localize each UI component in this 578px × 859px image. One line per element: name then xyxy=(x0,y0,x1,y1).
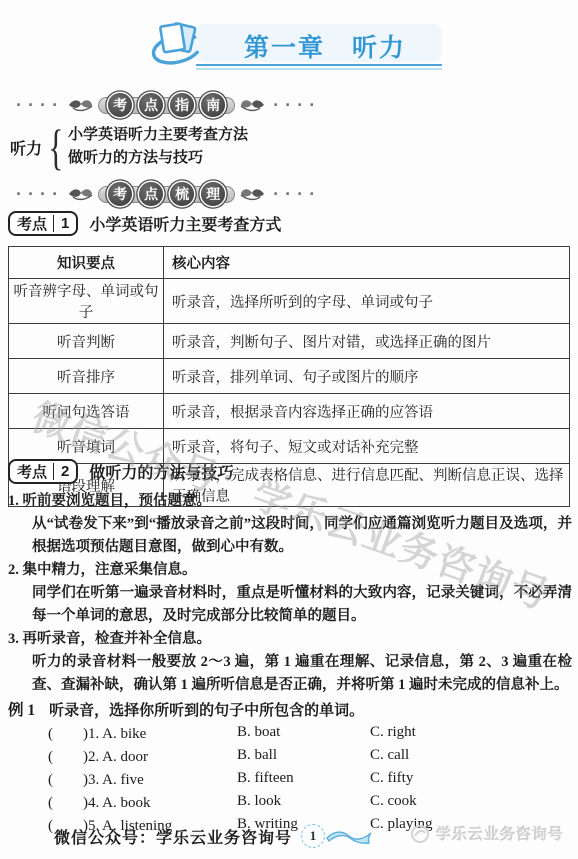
banner-char: 点 xyxy=(139,93,163,117)
banner-exam-review: ···· 考 点 梳 理 ···· xyxy=(14,179,319,209)
flourish-icon xyxy=(67,185,93,203)
tip-body: 同学们在听第一遍录音材料时，重点是听懂材料的大致内容，记录关键词，不必弄清每一个… xyxy=(32,582,572,628)
choice-row: ( )3. A. five B. fifteen C. fifty xyxy=(48,767,564,790)
header-underline xyxy=(196,64,442,70)
choice-b: B. boat xyxy=(237,724,370,741)
choice-a: ( )1. A. bike xyxy=(48,722,237,743)
chapter-title: 第一章 听力 xyxy=(244,28,406,64)
choice-b: B. ball xyxy=(237,747,370,764)
choice-c: C. fifty xyxy=(370,770,564,787)
exam-point-title: 做听力的方法与技巧 xyxy=(89,460,233,483)
flourish-icon xyxy=(240,185,266,203)
flourish-icon xyxy=(240,96,266,114)
dots-left: ···· xyxy=(14,185,62,203)
choice-row: ( )2. A. door B. ball C. call xyxy=(48,744,564,767)
banner-char: 梳 xyxy=(170,182,194,206)
page-number-badge: 1 xyxy=(301,824,325,848)
badge-label: 考点 xyxy=(17,461,47,482)
footer-right-text: 学乐云业务咨询号 xyxy=(436,823,564,844)
choice-row: ( )1. A. bike B. boat C. right xyxy=(48,721,564,744)
exam-point-title: 小学英语听力主要考查方式 xyxy=(89,212,281,235)
banner-char: 南 xyxy=(201,93,225,117)
dots-left: ···· xyxy=(14,96,62,114)
choice-a: ( )3. A. five xyxy=(48,768,237,789)
brace-glyph: { xyxy=(49,122,64,172)
table-row: 听音辨字母、单词或句子 听录音，选择所听到的字母、单词或句子 xyxy=(9,279,570,324)
overview-item: 小学英语听力主要考查方法 xyxy=(68,124,248,147)
tip-lead: 3. 再听录音，检查并补全信息。 xyxy=(8,628,572,651)
table-cell: 听问句选答语 xyxy=(9,394,164,429)
table-cell: 听音辨字母、单词或句子 xyxy=(9,279,164,324)
example-prompt: 听录音，选择你所听到的句子中所包含的单词。 xyxy=(49,699,364,720)
tip-body: 从“试卷发下来”到“播放录音之前”这段时间，同学们应通篇浏览听力题目及选项，并根… xyxy=(32,513,572,559)
table-cell: 听录音，根据录音内容选择正确的应答语 xyxy=(164,394,570,429)
choice-c: C. call xyxy=(370,747,564,764)
column-header: 知识要点 xyxy=(9,247,164,279)
overview-topic: 听力 xyxy=(10,136,42,159)
banner-capsule: 考 点 梳 理 xyxy=(98,186,235,203)
example-heading: 例 1 听录音，选择你所听到的句子中所包含的单词。 xyxy=(8,698,364,720)
badge-number: 1 xyxy=(53,215,69,232)
banner-char: 考 xyxy=(108,182,132,206)
footer-publisher: 微信公众号：学乐云业务咨询号 1 xyxy=(54,824,372,848)
table-row: 听问句选答语 听录音，根据录音内容选择正确的应答语 xyxy=(9,394,570,429)
dots-right: ···· xyxy=(271,185,319,203)
badge-number: 2 xyxy=(53,463,69,480)
choice-c: C. cook xyxy=(370,793,564,810)
exam-point-2-heading: 考点 2 做听力的方法与技巧 xyxy=(8,459,233,484)
tip-lead: 1. 听前要浏览题目，预估题意。 xyxy=(8,490,572,513)
choice-a: ( )4. A. book xyxy=(48,791,237,812)
banner-char: 考 xyxy=(108,93,132,117)
example-label: 例 1 xyxy=(8,698,35,720)
banner-capsule: 考 点 指 南 xyxy=(98,97,235,114)
choices-list: ( )1. A. bike B. boat C. right ( )2. A. … xyxy=(48,721,564,836)
gray-logo-icon xyxy=(410,824,430,844)
listening-overview: 听力 { 小学英语听力主要考查方法 做听力的方法与技巧 xyxy=(10,122,248,172)
banner-char: 理 xyxy=(201,182,225,206)
table-row: 听音判断 听录音，判断句子、图片对错，或选择正确的图片 xyxy=(9,324,570,359)
tips-list: 1. 听前要浏览题目，预估题意。 从“试卷发下来”到“播放录音之前”这段时间，同… xyxy=(8,490,572,697)
tip-item: 3. 再听录音，检查并补全信息。 听力的录音材料一般要放 2～3 遍，第 1 遍… xyxy=(8,628,572,697)
table-row: 听音排序 听录音，排列单词、句子或图片的顺序 xyxy=(9,359,570,394)
banner-char: 点 xyxy=(139,182,163,206)
exam-point-badge: 考点 2 xyxy=(8,459,78,484)
flourish-icon xyxy=(67,96,93,114)
dots-right: ···· xyxy=(271,96,319,114)
choice-row: ( )4. A. book B. look C. cook xyxy=(48,790,564,813)
tip-lead: 2. 集中精力，注意采集信息。 xyxy=(8,559,572,582)
tip-item: 1. 听前要浏览题目，预估题意。 从“试卷发下来”到“播放录音之前”这段时间，同… xyxy=(8,490,572,559)
table-cell: 听录音，判断句子、图片对错，或选择正确的图片 xyxy=(164,324,570,359)
banner-char: 指 xyxy=(170,93,194,117)
choice-b: B. fifteen xyxy=(237,770,370,787)
badge-label: 考点 xyxy=(17,213,47,234)
scanned-textbook-page: { "header": { "title": "第一章\u3000听力" }, … xyxy=(0,0,578,859)
overview-item: 做听力的方法与技巧 xyxy=(68,147,248,170)
table-cell: 听录音，排列单词、句子或图片的顺序 xyxy=(164,359,570,394)
exam-point-1-heading: 考点 1 小学英语听力主要考查方式 xyxy=(8,211,281,236)
choice-a: ( )2. A. door xyxy=(48,745,237,766)
tip-body: 听力的录音材料一般要放 2～3 遍，第 1 遍重在理解、记录信息，第 2、3 遍… xyxy=(32,651,572,697)
table-cell: 听音判断 xyxy=(9,324,164,359)
table-cell: 听音排序 xyxy=(9,359,164,394)
footer-watermark-right: 学乐云业务咨询号 xyxy=(410,823,564,844)
column-header: 核心内容 xyxy=(164,247,570,279)
table-cell: 听录音，选择所听到的字母、单词或句子 xyxy=(164,279,570,324)
ribbon-icon xyxy=(326,827,372,845)
choice-c: C. right xyxy=(370,724,564,741)
choice-b: B. look xyxy=(237,793,370,810)
exam-point-badge: 考点 1 xyxy=(8,211,78,236)
banner-exam-guide: ···· 考 点 指 南 ···· xyxy=(14,90,319,120)
tip-item: 2. 集中精力，注意采集信息。 同学们在听第一遍录音材料时，重点是听懂材料的大致… xyxy=(8,559,572,628)
table-header-row: 知识要点 核心内容 xyxy=(9,247,570,279)
footer-wechat-text: 微信公众号：学乐云业务咨询号 xyxy=(54,825,292,848)
